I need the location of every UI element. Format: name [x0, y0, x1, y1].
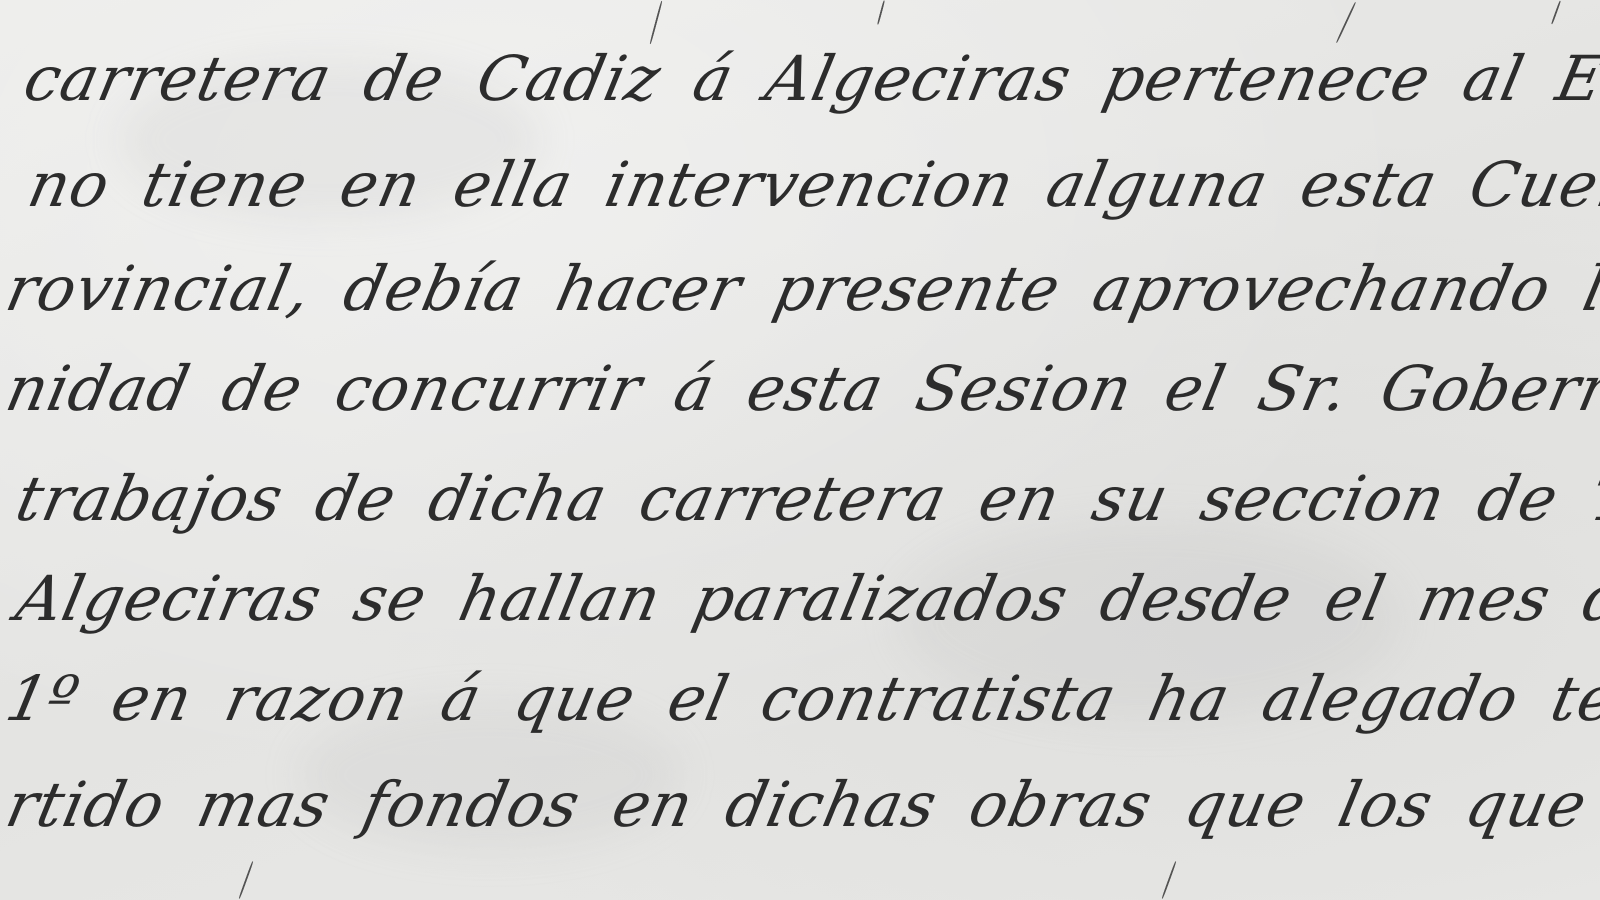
ink-stroke — [1551, 0, 1561, 24]
manuscript-line-6: Algeciras se hallan paralizados desde el… — [10, 562, 1600, 635]
manuscript-line-7: 1º en razon á que el contratista ha aleg… — [0, 662, 1600, 735]
ink-stroke — [1336, 2, 1357, 44]
manuscript-line-1: carretera de Cadiz á Algeciras pertenece… — [18, 42, 1600, 115]
manuscript-page: carretera de Cadiz á Algeciras pertenece… — [0, 0, 1600, 900]
manuscript-line-5: trabajos de dicha carretera en su seccio… — [10, 462, 1600, 535]
ink-stroke — [1161, 861, 1177, 899]
manuscript-line-3: rovincial, debía hacer presente aprovech… — [0, 252, 1600, 325]
manuscript-line-4: nidad de concurrir á esta Sesion el Sr. … — [0, 352, 1600, 425]
ink-stroke — [877, 0, 885, 25]
manuscript-line-8: rtido mas fondos en dichas obras que los… — [0, 768, 1600, 841]
ink-stroke — [238, 861, 254, 899]
ink-stroke — [649, 1, 663, 45]
manuscript-line-2: no tiene en ella intervencion alguna est… — [22, 148, 1600, 221]
